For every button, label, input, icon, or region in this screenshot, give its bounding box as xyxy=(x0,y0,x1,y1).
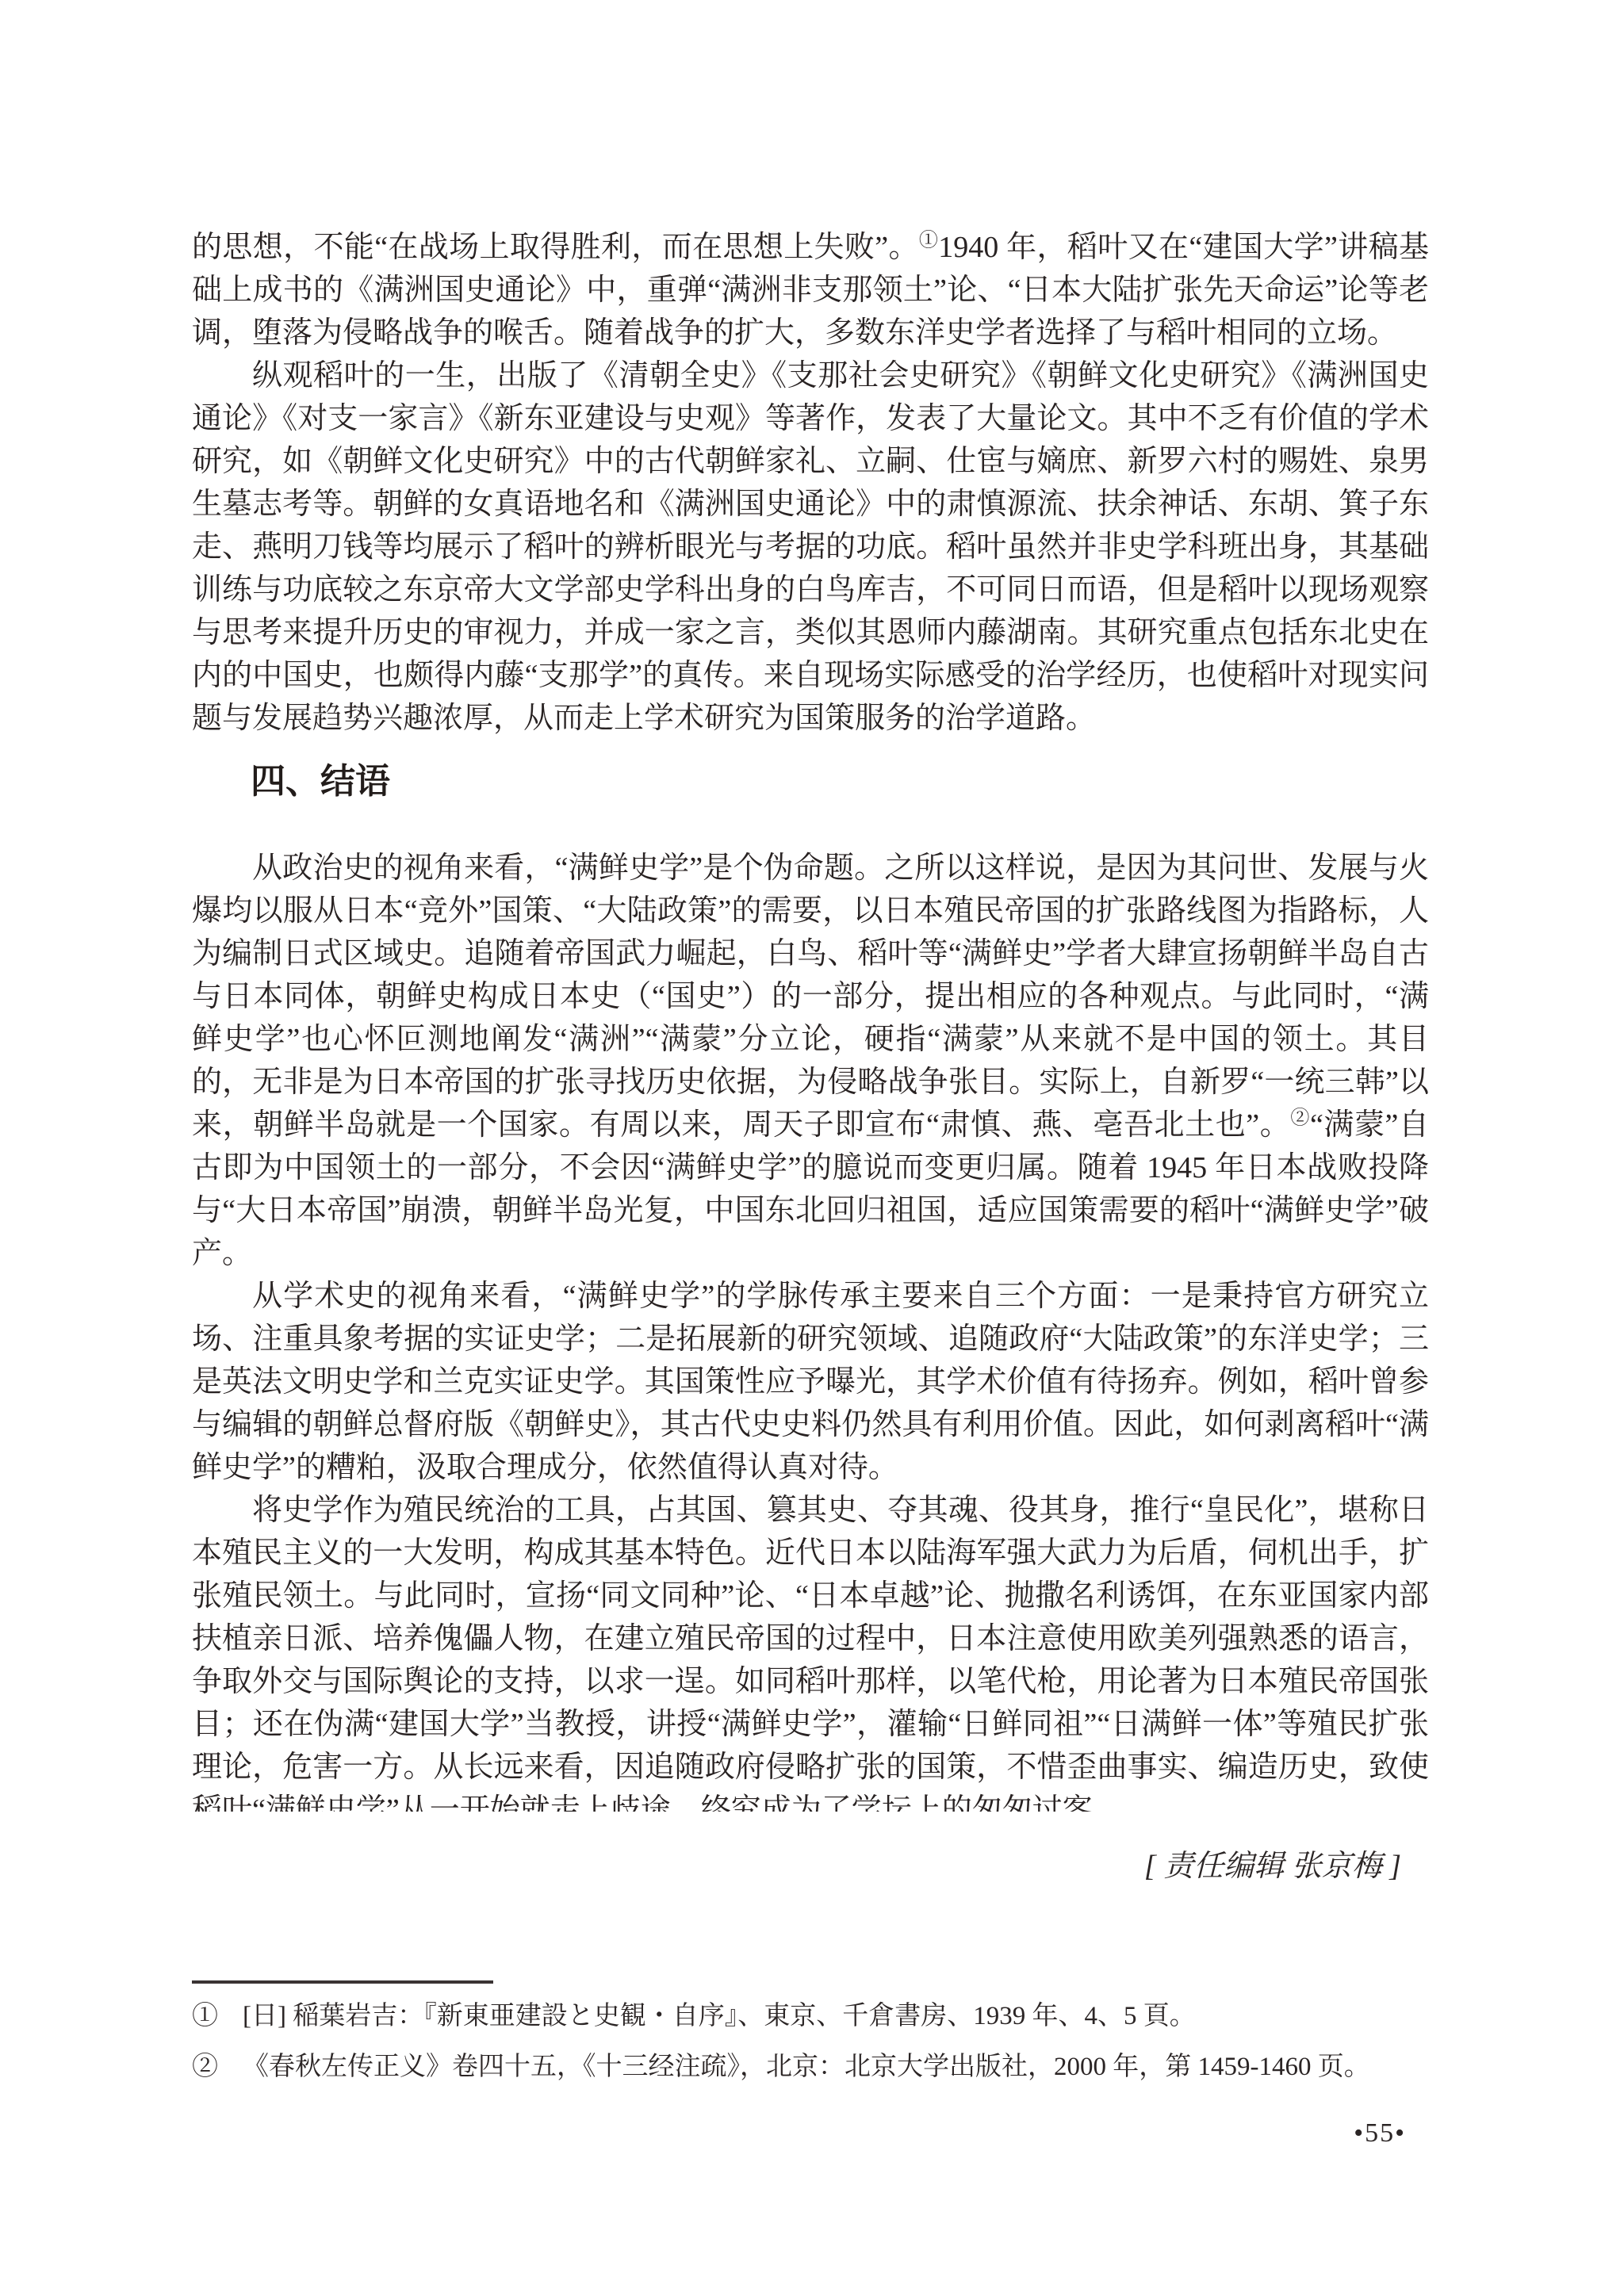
footnote-ref: ② xyxy=(1290,1108,1310,1128)
footnote-ref: ① xyxy=(919,230,938,251)
footnote: ① [日] 稲葉岩吉：『新東亜建設と史観・自序』、東京、千倉書房、1939 年、… xyxy=(192,1998,1429,2034)
page-number: •55• xyxy=(1354,2118,1406,2149)
footnote-marker: ② xyxy=(192,2049,218,2085)
text-run: 纵观稻叶的一生，出版了《清朝全史》《支那社会史研究》《朝鲜文化史研究》《满洲国史… xyxy=(192,359,1429,735)
article-body: 的思想，不能“在战场上取得胜利，而在思想上失败”。①1940 年，稻叶又在“建国… xyxy=(192,226,1429,1812)
text-run: 的思想，不能“在战场上取得胜利，而在思想上失败”。 xyxy=(192,231,919,264)
body-paragraph: 纵观稻叶的一生，出版了《清朝全史》《支那社会史研究》《朝鲜文化史研究》《满洲国史… xyxy=(192,354,1429,740)
footnote-text: 《春秋左传正义》卷四十五，《十三经注疏》，北京：北京大学出版社，2000 年，第… xyxy=(243,2053,1370,2081)
body-paragraph: 的思想，不能“在战场上取得胜利，而在思想上失败”。①1940 年，稻叶又在“建国… xyxy=(192,226,1429,354)
footnotes-block: ① [日] 稲葉岩吉：『新東亜建設と史観・自序』、東京、千倉書房、1939 年、… xyxy=(192,1980,1429,2099)
body-paragraph: 从学术史的视角来看，“满鲜史学”的学脉传承主要来自三个方面：一是秉持官方研究立场… xyxy=(192,1275,1429,1489)
text-run: 将史学作为殖民统治的工具，占其国、篡其史、夺其魂、役其身，推行“皇民化”，堪称日… xyxy=(192,1494,1429,1812)
responsible-editor-line: [ 责任编辑 张京梅 ] xyxy=(192,1841,1429,1885)
footnote-text: [日] 稲葉岩吉：『新東亜建設と史観・自序』、東京、千倉書房、1939 年、4、… xyxy=(243,2002,1196,2030)
journal-page: 的思想，不能“在战场上取得胜利，而在思想上失败”。①1940 年，稻叶又在“建国… xyxy=(0,0,1624,2296)
body-paragraph: 将史学作为殖民统治的工具，占其国、篡其史、夺其魂、役其身，推行“皇民化”，堪称日… xyxy=(192,1489,1429,1812)
text-run: 从学术史的视角来看，“满鲜史学”的学脉传承主要来自三个方面：一是秉持官方研究立场… xyxy=(192,1280,1429,1484)
footnote-marker: ① xyxy=(192,1998,218,2034)
body-paragraph: 从政治史的视角来看，“满鲜史学”是个伪命题。之所以这样说，是因为其问世、发展与火… xyxy=(192,847,1429,1275)
section-heading: 四、结语 xyxy=(192,760,1429,803)
text-run: 从政治史的视角来看，“满鲜史学”是个伪命题。之所以这样说，是因为其问世、发展与火… xyxy=(192,851,1429,1142)
footnote-divider xyxy=(192,1980,493,1984)
footnote: ② 《春秋左传正义》卷四十五，《十三经注疏》，北京：北京大学出版社，2000 年… xyxy=(192,2049,1429,2085)
